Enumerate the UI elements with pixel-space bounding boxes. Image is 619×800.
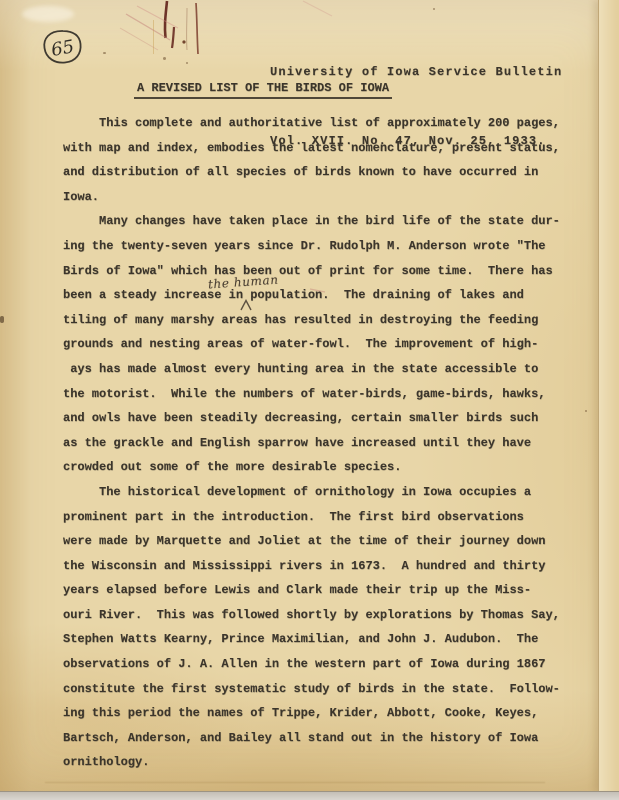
paper-crease [45,782,545,783]
page-number-text: 65 [50,36,76,61]
page-number-annotation: 65 [44,31,80,63]
scanner-edge [0,791,619,800]
document-page: University of Iowa Service Bulletin Vol.… [0,0,619,792]
editor-pencil-marks [120,1,332,292]
annotation-overlay: 65 [0,0,619,800]
insertion-caret [241,301,251,311]
page-edge [598,0,619,792]
scanned-document: { "document": { "masthead_line1": "Unive… [0,0,619,800]
